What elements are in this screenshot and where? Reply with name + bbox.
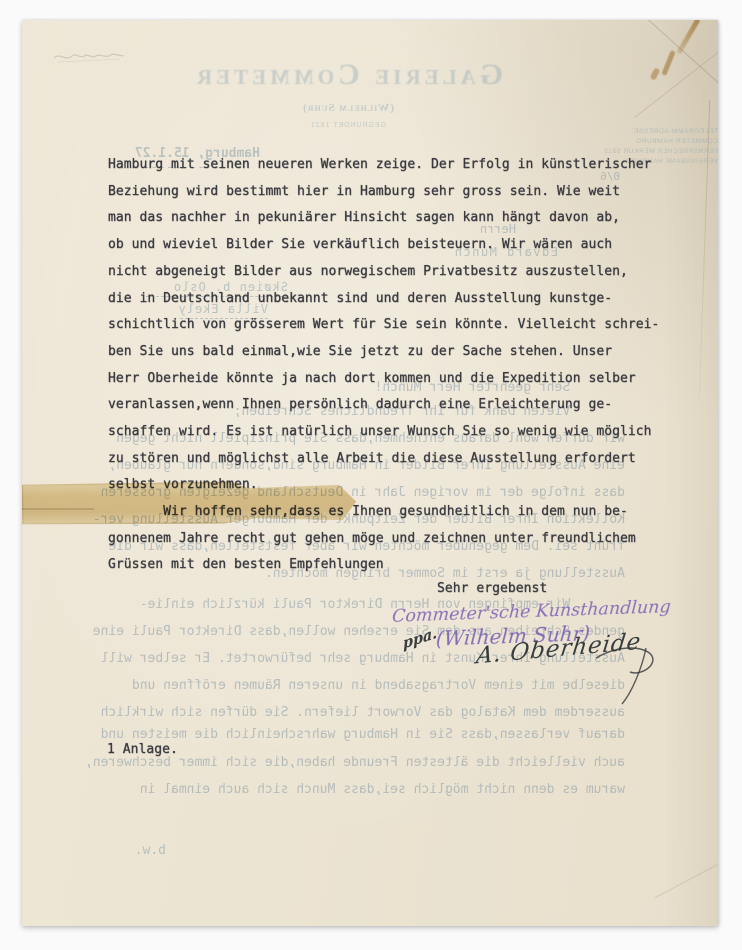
ghost-contact-line: Telegramm-Adresse: [638,127,718,137]
ghost-letterhead-title: Galerie Commeter [182,58,514,92]
typed-line: die in Deutschland unbekannt sind und de… [108,291,612,307]
letter-paper: Galerie Commeter (Wilhelm Suhr) Gegründe… [22,20,718,926]
typed-line: Grüssen mit den besten Empfehlungen [108,557,384,573]
typed-line: gonnenem Jahre recht gut gehen möge und … [108,531,636,547]
ghost-line: warum es denn nicht möglich sei,dass Mun… [85,782,625,798]
ghost-line: darauf verlassen,dass Sie in Hamburg wah… [85,727,625,743]
ghost-turn-note: b.w. [120,843,166,858]
closing-line: Sehr ergebenst [437,581,547,597]
typed-line: Beziehung wird bestimmt hier in Hamburg … [108,184,620,200]
typed-line: man das nachher in pekuniärer Hinsicht s… [108,210,620,226]
typed-line: ob und wieviel Bilder Sie verkäuflich be… [108,237,612,253]
typed-line: veranlassen,wenn Ihnen persönlich dadurc… [108,397,612,413]
ghost-line: dieselbe mit einem Vortragsabend in unse… [85,678,625,694]
tape-strip [22,481,356,526]
ghost-contact-line: Commeter Hamburg [638,137,718,147]
enclosure-note: 1 Anlage. [107,742,178,758]
stain-mark [650,67,661,80]
ghost-contact-line: Fernsprecher Merkur 5915 [638,147,718,157]
stain-mark [661,50,675,76]
typed-line: ben Sie uns bald einmal,wie Sie jetzt zu… [108,344,612,360]
ghost-letterhead-subtitle: (Wilhelm Suhr) [290,102,406,114]
typed-line: schichtlich von grösserem Wert für Sie s… [108,317,659,333]
typed-line: Herr Oberheide könnte ja nach dort komme… [108,371,636,387]
stain-mark [676,20,700,55]
typed-line: zu stören und möglichst alle Arbeit die … [108,451,636,467]
ghost-letterhead-founded: Gegründet 1821 [310,122,386,129]
crease-line [655,855,718,898]
scan-background: { "letter": { "body_lines": [ "Hamburg m… [0,0,742,950]
typed-line: nicht abgeneigt Bilder aus norwegischem … [108,264,628,280]
typed-line: Hamburg mit seinen neueren Werken zeige.… [108,157,652,173]
crease-line [634,43,718,118]
pencil-mark [50,42,135,70]
typed-line: schaffen wird. Es ist natürlich unser Wu… [108,424,652,440]
ghost-line: ausserdem dem Katalog das Vorwort liefer… [85,705,625,721]
signature-flourish [594,640,674,710]
